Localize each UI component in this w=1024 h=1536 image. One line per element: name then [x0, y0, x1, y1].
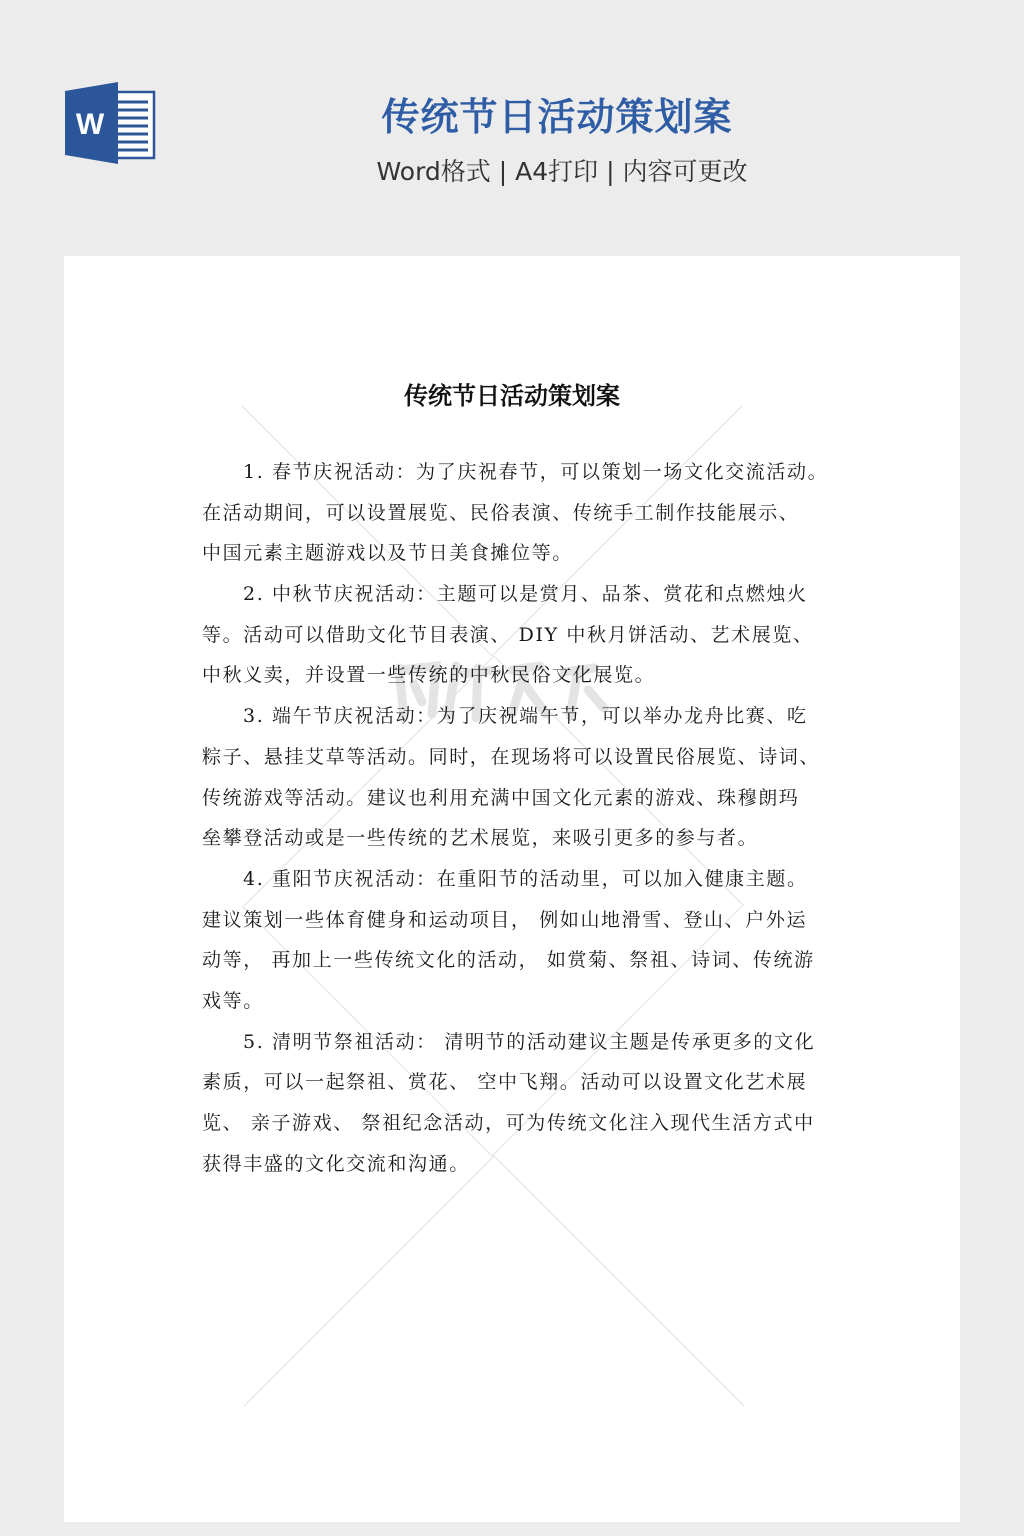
text-line: 中国元素主题游戏以及节日美食摊位等。 — [202, 533, 852, 574]
text-line: 获得丰盛的文化交流和沟通。 — [202, 1144, 852, 1185]
text-line: 4. 重阳节庆祝活动：在重阳节的活动里，可以加入健康主题。 — [202, 859, 852, 900]
text-line: 动等， 再加上一些传统文化的活动， 如赏菊、祭祖、诗词、传统游 — [202, 940, 852, 981]
paragraph-4: 4. 重阳节庆祝活动：在重阳节的活动里，可以加入健康主题。 建议策划一些体育健身… — [202, 859, 852, 1022]
paragraph-1: 1. 春节庆祝活动：为了庆祝春节，可以策划一场文化交流活动。 在活动期间，可以设… — [202, 452, 852, 574]
document-title: 传统节日活动策划案 — [64, 380, 960, 412]
text-line: 传统游戏等活动。建议也利用充满中国文化元素的游戏、珠穆朗玛 — [202, 778, 852, 819]
text-line: 等。活动可以借助文化节目表演、 DIY 中秋月饼活动、艺术展览、 — [202, 615, 852, 656]
header-subtitle: Word格式 | A4打印 | 内容可更改 — [0, 154, 1024, 190]
paragraph-3: 3. 端午节庆祝活动：为了庆祝端午节，可以举办龙舟比赛、吃 粽子、悬挂艾草等活动… — [202, 696, 852, 859]
text-line: 1. 春节庆祝活动：为了庆祝春节，可以策划一场文化交流活动。 — [202, 452, 852, 493]
text-line: 览、 亲子游戏、 祭祖纪念活动，可为传统文化注入现代生活方式中 — [202, 1103, 852, 1144]
text-line: 中秋义卖，并设置一些传统的中秋民俗文化展览。 — [202, 655, 852, 696]
document-body: 1. 春节庆祝活动：为了庆祝春节，可以策划一场文化交流活动。 在活动期间，可以设… — [202, 452, 852, 1184]
text-line: 戏等。 — [202, 981, 852, 1022]
text-line: 素质，可以一起祭祖、赏花、 空中飞翔。活动可以设置文化艺术展 — [202, 1062, 852, 1103]
text-line: 建议策划一些体育健身和运动项目， 例如山地滑雪、登山、户外运 — [202, 900, 852, 941]
text-line: 2. 中秋节庆祝活动：主题可以是赏月、品茶、赏花和点燃烛火 — [202, 574, 852, 615]
text-line: 垒攀登活动或是一些传统的艺术展览，来吸引更多的参与者。 — [202, 818, 852, 859]
paragraph-2: 2. 中秋节庆祝活动：主题可以是赏月、品茶、赏花和点燃烛火 等。活动可以借助文化… — [202, 574, 852, 696]
text-line: 3. 端午节庆祝活动：为了庆祝端午节，可以举办龙舟比赛、吃 — [202, 696, 852, 737]
header-title: 传统节日活动策划案 — [0, 92, 1024, 142]
text-line: 5. 清明节祭祖活动： 清明节的活动建议主题是传承更多的文化 — [202, 1022, 852, 1063]
text-line: 粽子、悬挂艾草等活动。同时，在现场将可以设置民俗展览、诗词、 — [202, 737, 852, 778]
text-line: 在活动期间，可以设置展览、民俗表演、传统手工制作技能展示、 — [202, 493, 852, 534]
paragraph-5: 5. 清明节祭祖活动： 清明节的活动建议主题是传承更多的文化 素质，可以一起祭祖… — [202, 1022, 852, 1185]
document-page: 传统节日活动策划案 1. 春节庆祝活动：为了庆祝春节，可以策划一场文化交流活动。… — [64, 256, 960, 1522]
